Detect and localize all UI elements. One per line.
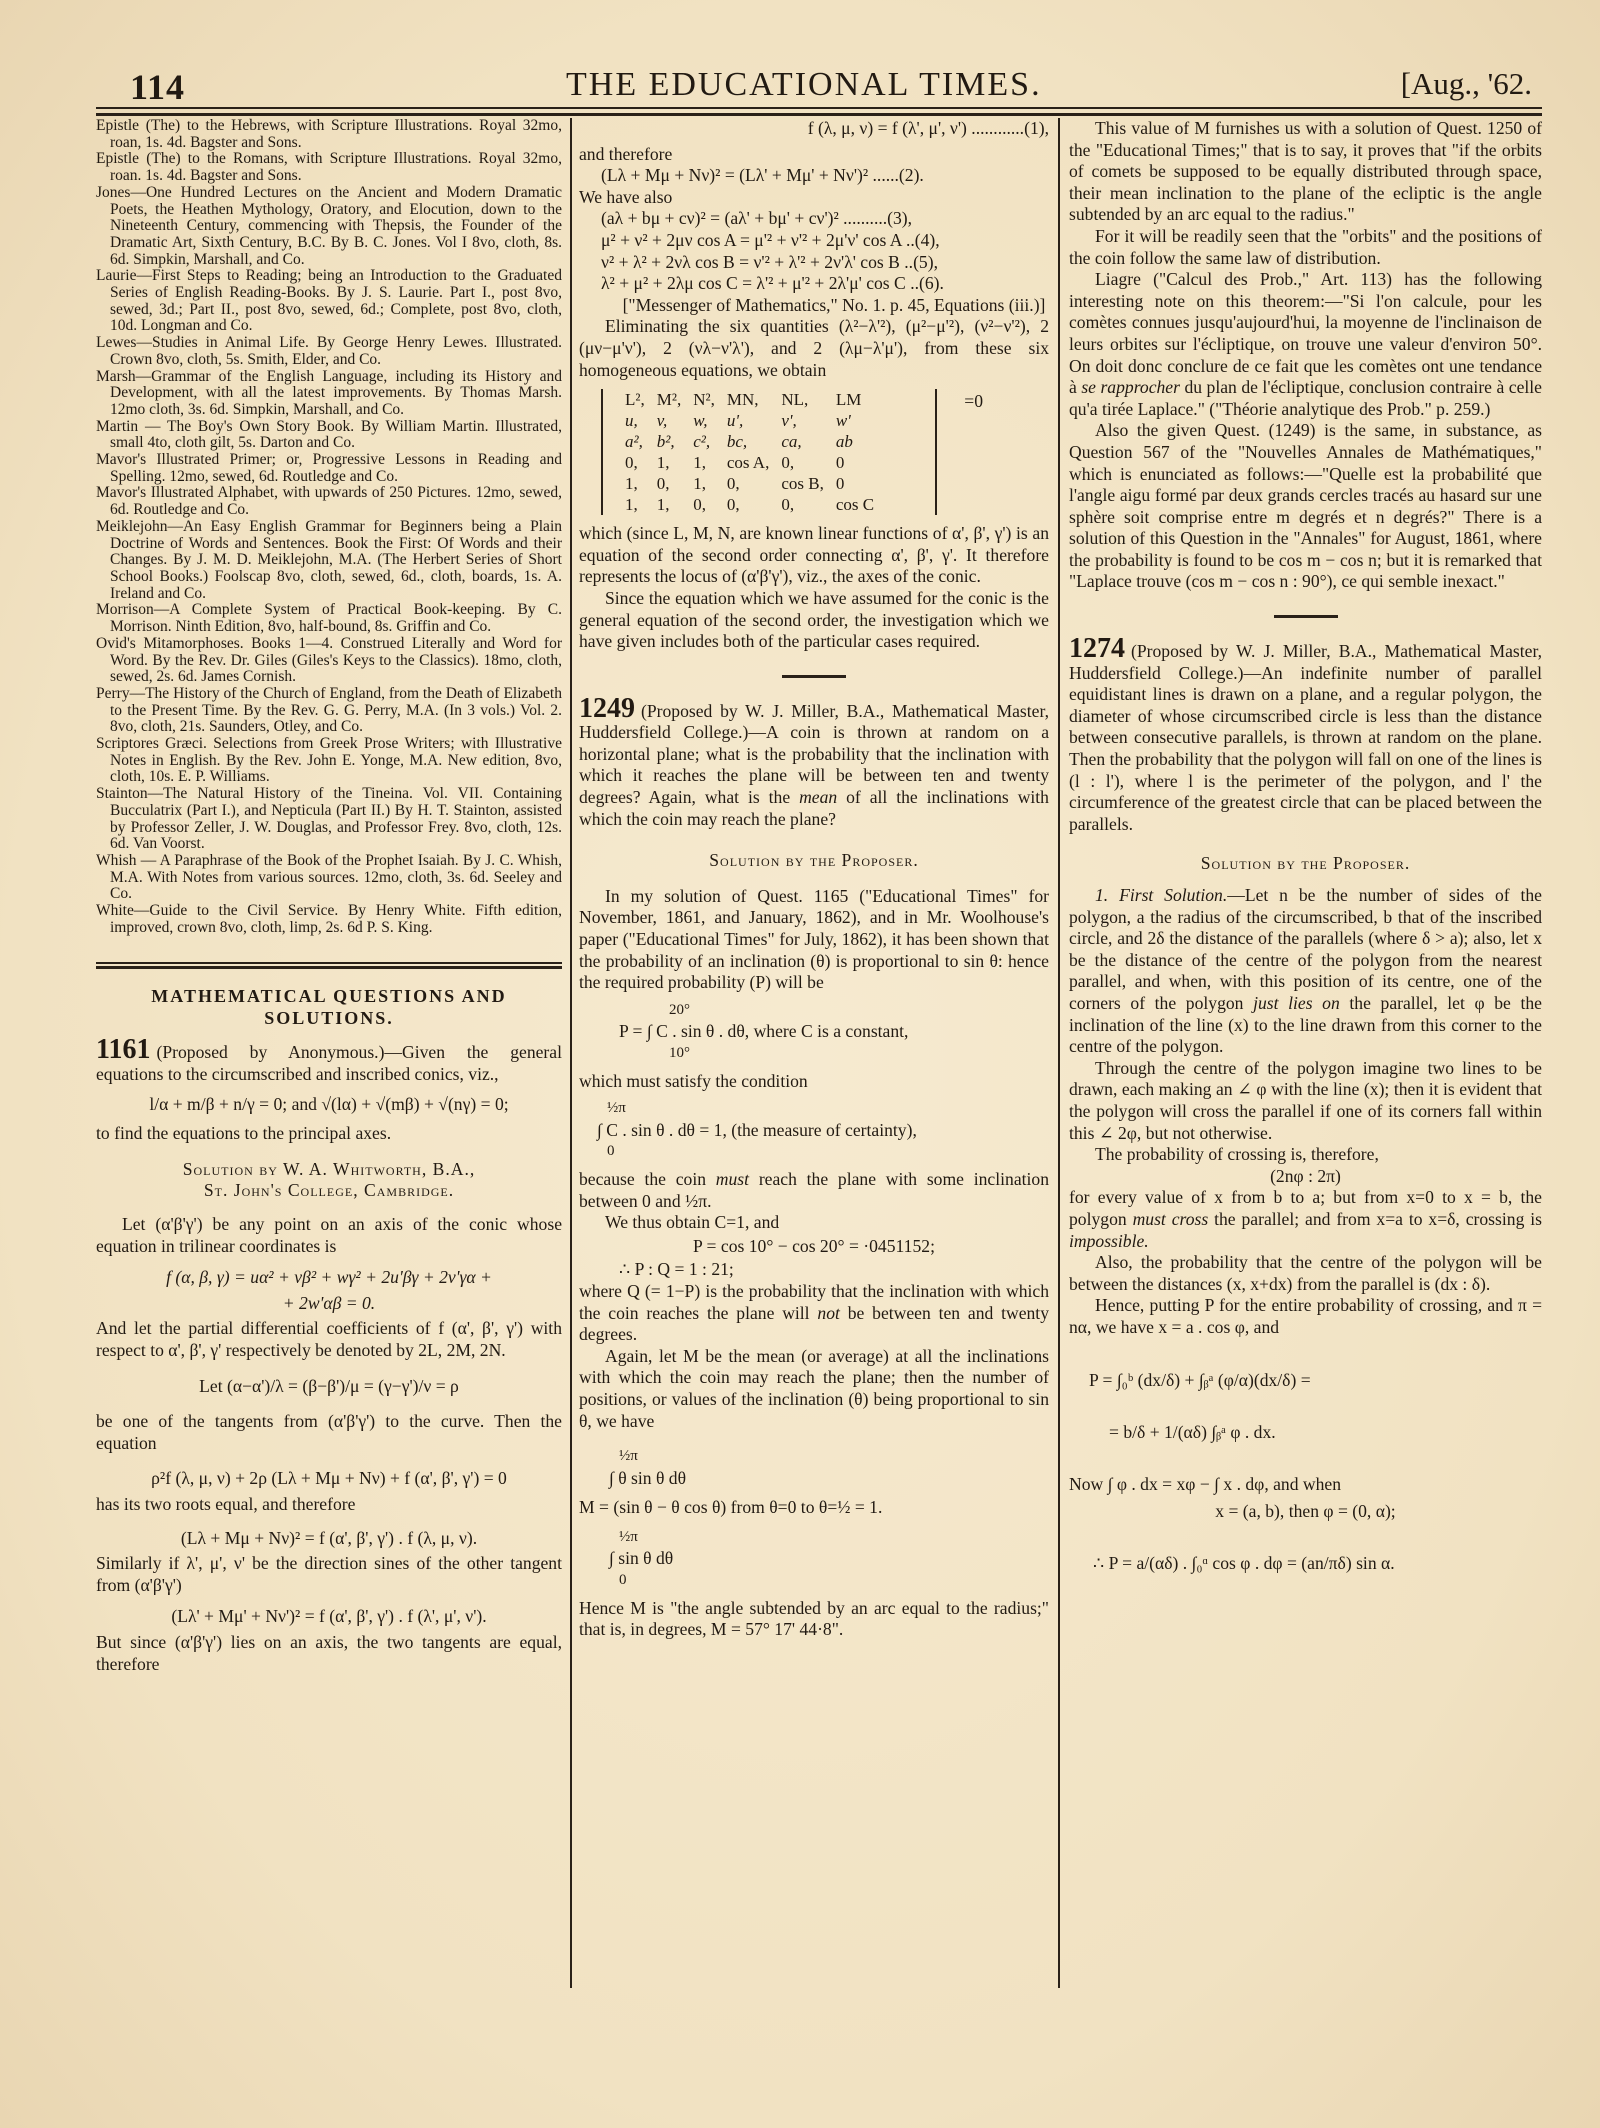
paragraph: has its two roots equal, and therefore — [96, 1494, 562, 1516]
matrix-cell: 0, — [775, 494, 830, 515]
separator-rule — [782, 675, 846, 678]
book-entry: White—Guide to the Civil Service. By Hen… — [96, 903, 562, 936]
book-entry: Laurie—First Steps to Reading; being an … — [96, 268, 562, 335]
column-1: Epistle (The) to the Hebrews, with Scrip… — [96, 118, 562, 1675]
paragraph: But since (α'β'γ') lies on an axis, the … — [96, 1632, 562, 1675]
emphasis: just lies on — [1253, 993, 1340, 1013]
paragraph: be one of the tangents from (α'β'γ') to … — [96, 1411, 562, 1454]
paragraph: Through the centre of the polygon imagin… — [1069, 1058, 1542, 1144]
paragraph: which (since L, M, N, are known linear f… — [579, 523, 1049, 588]
matrix-cell: b², — [651, 431, 687, 452]
determinant-matrix: L², M², N², MN, NL, LM u, v, w, u', v', … — [619, 389, 880, 515]
book-entry: Martin — The Boy's Own Story Book. By Wi… — [96, 419, 562, 452]
equation-2: (Lλ + Mμ + Nν)² = (Lλ' + Mμ' + Nν')² ...… — [579, 165, 1049, 187]
paragraph: for every value of x from b to a; but fr… — [1069, 1187, 1542, 1252]
paragraph: Since the equation which we have assumed… — [579, 588, 1049, 653]
question-number: 1161 — [96, 1034, 150, 1065]
matrix-cell: 0, — [687, 494, 721, 515]
book-entry: Stainton—The Natural History of the Tine… — [96, 786, 562, 853]
citation: ["Messenger of Mathematics," No. 1. p. 4… — [579, 295, 1049, 317]
book-entry: Whish — A Paraphrase of the Book of the … — [96, 853, 562, 903]
question-1274: 1274(Proposed by W. J. Miller, B.A., Mat… — [1069, 638, 1542, 1574]
emphasis: 1. First Solution. — [1095, 885, 1227, 905]
equation-4: μ² + ν² + 2μν cos A = μ'² + ν'² + 2μ'ν' … — [579, 230, 1049, 252]
matrix-cell: cos C — [830, 494, 880, 515]
matrix-cell: LM — [830, 389, 880, 410]
question-text: (Proposed by W. J. Miller, B.A., Mathema… — [1069, 641, 1542, 834]
paragraph: 1. First Solution.—Let n be the number o… — [1069, 885, 1542, 1058]
equation: = b/δ + 1/(αδ) ∫ᵦᵃ φ . dx. — [1069, 1422, 1542, 1444]
matrix-cell: 1, — [619, 494, 651, 515]
integral-upper-limit: ½π — [579, 1446, 1049, 1468]
matrix-cell: 0, — [721, 494, 776, 515]
paragraph: Let (α'β'γ') be any point on an axis of … — [96, 1214, 562, 1257]
solution-author: Solution by the Proposer. — [1069, 853, 1542, 875]
matrix-row: L², M², N², MN, NL, LM — [619, 389, 880, 410]
book-entry: Perry—The History of the Church of Engla… — [96, 686, 562, 736]
page-number: 114 — [130, 66, 185, 108]
equation: ρ²f (λ, μ, ν) + 2ρ (Lλ + Mμ + Nν) + f (α… — [96, 1468, 562, 1490]
separator-rule — [1274, 615, 1338, 618]
emphasis: mean — [799, 787, 837, 807]
matrix-cell: ca, — [775, 431, 830, 452]
solution-author: Solution by the Proposer. — [579, 850, 1049, 872]
equation-6: λ² + μ² + 2λμ cos C = λ'² + μ'² + 2λ'μ' … — [579, 273, 1049, 295]
matrix-cell: 1, — [651, 452, 687, 473]
text: because the coin — [579, 1169, 706, 1189]
column-divider — [570, 118, 572, 1988]
denominator: ∫ sin θ dθ — [579, 1548, 1049, 1570]
matrix-cell: 0, — [619, 452, 651, 473]
matrix-cell: 0 — [830, 452, 880, 473]
matrix-cell: u', — [721, 410, 776, 431]
book-entry: Mavor's Illustrated Alphabet, with upwar… — [96, 485, 562, 518]
header-rule — [96, 107, 1542, 109]
equation: x = (a, b), then φ = (0, α); — [1069, 1501, 1542, 1523]
equation: (Lλ' + Mμ' + Nν')² = f (α', β', γ') . f … — [96, 1606, 562, 1628]
matrix-cell: ab — [830, 431, 880, 452]
matrix-cell: a², — [619, 431, 651, 452]
question-number: 1274 — [1069, 633, 1125, 664]
integral-block: ½π ∫ C . sin θ . dθ = 1, (the measure of… — [579, 1098, 1049, 1163]
matrix-cell: N², — [687, 389, 721, 410]
paragraph: where Q (= 1−P) is the probability that … — [579, 1281, 1049, 1346]
masthead-title: THE EDUCATIONAL TIMES. — [566, 66, 1042, 104]
paragraph: Hence, putting P for the entire probabil… — [1069, 1295, 1542, 1338]
column-3: This value of M furnishes us with a solu… — [1069, 118, 1542, 1574]
question-number: 1249 — [579, 693, 635, 724]
section-title: MATHEMATICAL QUESTIONS AND SOLUTIONS. — [96, 985, 562, 1029]
book-entry: Lewes—Studies in Animal Life. By George … — [96, 335, 562, 368]
question-1249: 1249(Proposed by W. J. Miller, B.A., Mat… — [579, 698, 1049, 1641]
issue-date: [Aug., '62. — [1401, 66, 1532, 102]
matrix-cell: u, — [619, 410, 651, 431]
section-rule-thick — [96, 966, 562, 969]
integral-lower-limit: 0 — [597, 1141, 1049, 1163]
integral-lower-limit: 0 — [579, 1570, 1049, 1592]
paragraph: Again, let M be the mean (or average) at… — [579, 1346, 1049, 1432]
matrix-cell: w, — [687, 410, 721, 431]
book-entry: Mavor's Illustrated Primer; or, Progress… — [96, 452, 562, 485]
integral-block: 20° P = ∫ C . sin θ . dθ, where C is a c… — [579, 1000, 1049, 1065]
question-text: to find the equations to the principal a… — [96, 1123, 562, 1145]
integral-expression: ∫ C . sin θ . dθ = 1, (the measure of ce… — [597, 1120, 917, 1140]
equation: P = cos 10° − cos 20° = ·0451152; — [579, 1236, 1049, 1258]
column-2: f (λ, μ, ν) = f (λ', μ', ν') ...........… — [579, 118, 1049, 1641]
matrix-cell: v', — [775, 410, 830, 431]
matrix-cell: bc, — [721, 431, 776, 452]
matrix-cell: w' — [830, 410, 880, 431]
equation: (2nφ : 2π) — [1069, 1166, 1542, 1188]
paragraph: And let the partial differential coeffic… — [96, 1318, 562, 1361]
book-entry: Epistle (The) to the Hebrews, with Scrip… — [96, 118, 562, 151]
equation: P = ∫₀ᵇ (dx/δ) + ∫ᵦᵃ (φ/α)(dx/δ) = — [1069, 1370, 1542, 1392]
matrix-row: 1, 0, 1, 0, cos B, 0 — [619, 473, 880, 494]
paragraph: Also the given Quest. (1249) is the same… — [1069, 420, 1542, 593]
paragraph: In my solution of Quest. 1165 ("Educatio… — [579, 886, 1049, 994]
integral-upper-limit: 20° — [619, 1000, 1049, 1022]
book-list: Epistle (The) to the Hebrews, with Scrip… — [96, 118, 562, 936]
column-divider — [1058, 118, 1060, 1988]
equation-3: (aλ + bμ + cν)² = (aλ' + bμ' + cν')² ...… — [579, 208, 1049, 230]
paragraph: because the coin must reach the plane wi… — [579, 1169, 1049, 1212]
integral-upper-limit: ½π — [579, 1527, 1049, 1549]
matrix-cell: 0, — [775, 452, 830, 473]
matrix-cell: 1, — [687, 452, 721, 473]
paragraph: which must satisfy the condition — [579, 1071, 1049, 1093]
section-rule — [96, 962, 562, 964]
matrix-cell: 0 — [830, 473, 880, 494]
integral-upper-limit: ½π — [597, 1098, 1049, 1120]
newspaper-page: 114 THE EDUCATIONAL TIMES. [Aug., '62. E… — [0, 0, 1600, 2128]
page-header: 114 THE EDUCATIONAL TIMES. [Aug., '62. — [96, 62, 1536, 110]
matrix-row: 1, 1, 0, 0, 0, cos C — [619, 494, 880, 515]
matrix-cell: M², — [651, 389, 687, 410]
paragraph: For it will be readily seen that the "or… — [1069, 226, 1542, 269]
paragraph: and therefore — [579, 144, 1049, 166]
paragraph: This value of M furnishes us with a solu… — [1069, 118, 1542, 226]
matrix-cell: v, — [651, 410, 687, 431]
header-rule-thick — [96, 113, 1542, 116]
paragraph: Liagre ("Calcul des Prob.," Art. 113) ha… — [1069, 269, 1542, 420]
book-entry: Jones—One Hundred Lectures on the Ancien… — [96, 185, 562, 269]
matrix-row: a², b², c², bc, ca, ab — [619, 431, 880, 452]
matrix-cell: cos A, — [721, 452, 776, 473]
equation-1: f (λ, μ, ν) = f (λ', μ', ν') ...........… — [579, 118, 1049, 140]
book-entry: Epistle (The) to the Romans, with Script… — [96, 151, 562, 184]
equation: Let (α−α')/λ = (β−β')/μ = (γ−γ')/ν = ρ — [96, 1376, 562, 1398]
matrix-cell: 1, — [619, 473, 651, 494]
text: the parallel; and from x=a to x=δ, cross… — [1214, 1209, 1542, 1229]
paragraph: The probability of crossing is, therefor… — [1069, 1144, 1542, 1166]
book-entry: Morrison—A Complete System of Practical … — [96, 602, 562, 635]
equation: (Lλ + Mμ + Nν)² = f (α', β', γ') . f (λ,… — [96, 1528, 562, 1550]
emphasis: se rapprocher — [1081, 377, 1180, 397]
matrix-cell: 0, — [721, 473, 776, 494]
solution-affiliation: St. John's College, Cambridge. — [96, 1180, 562, 1202]
book-entry: Marsh—Grammar of the English Language, i… — [96, 369, 562, 419]
paragraph: Similarly if λ', μ', ν' be the direction… — [96, 1553, 562, 1596]
equation: l/α + m/β + n/γ = 0; and √(lα) + √(mβ) +… — [96, 1094, 562, 1116]
equation: ∴ P = a/(αδ) . ∫₀ᵅ cos φ . dφ = (an/πδ) … — [1069, 1553, 1542, 1575]
determinant-equals: =0 — [964, 391, 983, 413]
mean-result: M = (sin θ − θ cos θ) from θ=0 to θ=½ = … — [579, 1497, 1049, 1519]
question-1161: 1161(Proposed by Anonymous.)—Given the g… — [96, 1039, 562, 1675]
numerator: ∫ θ sin θ dθ — [579, 1468, 1049, 1490]
matrix-cell: L², — [619, 389, 651, 410]
book-entry: Meiklejohn—An Easy English Grammar for B… — [96, 519, 562, 603]
solution-author: Solution by W. A. Whitworth, B.A., — [96, 1159, 562, 1181]
mean-formula: ½π ∫ θ sin θ dθ M = (sin θ − θ cos θ) fr… — [579, 1446, 1049, 1592]
matrix-cell: 1, — [687, 473, 721, 494]
equation: + 2w'αβ = 0. — [96, 1293, 562, 1315]
matrix-row: u, v, w, u', v', w' — [619, 410, 880, 431]
integral-lower-limit: 10° — [619, 1043, 1049, 1065]
book-entry: Ovid's Mitamorphoses. Books 1—4. Constru… — [96, 636, 562, 686]
matrix-cell: 0, — [651, 473, 687, 494]
equation: ∴ P : Q = 1 : 21; — [579, 1259, 1049, 1281]
determinant: L², M², N², MN, NL, LM u, v, w, u', v', … — [601, 389, 937, 515]
emphasis: must — [716, 1169, 749, 1189]
emphasis: must cross — [1133, 1209, 1209, 1229]
paragraph: We thus obtain C=1, and — [579, 1212, 1049, 1234]
matrix-cell: cos B, — [775, 473, 830, 494]
equation: f (α, β, γ) = uα² + vβ² + wγ² + 2u'βγ + … — [96, 1267, 562, 1289]
matrix-cell: NL, — [775, 389, 830, 410]
integral-expression: P = ∫ C . sin θ . dθ, where C is a const… — [619, 1021, 908, 1041]
matrix-cell: c², — [687, 431, 721, 452]
book-entry: Scriptores Græci. Selections from Greek … — [96, 736, 562, 786]
matrix-row: 0, 1, 1, cos A, 0, 0 — [619, 452, 880, 473]
question-text: (Proposed by Anonymous.)—Given the gener… — [96, 1042, 562, 1084]
equation: Now ∫ φ . dx = xφ − ∫ x . dφ, and when — [1069, 1474, 1542, 1496]
paragraph: Eliminating the six quantities (λ²−λ'²),… — [579, 316, 1049, 381]
equation-5: ν² + λ² + 2νλ cos B = ν'² + λ'² + 2ν'λ' … — [579, 252, 1049, 274]
paragraph: Also, the probability that the centre of… — [1069, 1252, 1542, 1295]
emphasis: not — [817, 1303, 839, 1323]
emphasis: impossible. — [1069, 1231, 1149, 1251]
paragraph: Hence M is "the angle subtended by an ar… — [579, 1598, 1049, 1641]
paragraph: We have also — [579, 187, 1049, 209]
matrix-cell: MN, — [721, 389, 776, 410]
matrix-cell: 1, — [651, 494, 687, 515]
